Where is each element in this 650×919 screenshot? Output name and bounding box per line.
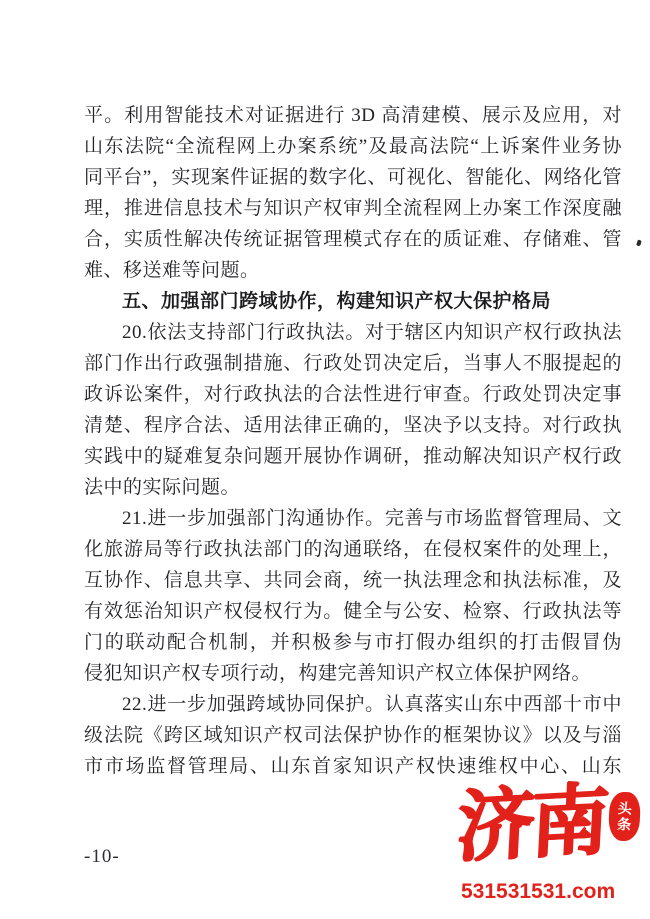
text-line: 化旅游局等行政执法部门的沟通联络，在侵权案件的处理上，相 (84, 534, 622, 565)
text-line: 同平台”，实现案件证据的数字化、可视化、智能化、网络化管 (84, 162, 622, 193)
text-line: 侵犯知识产权专项行动，构建完善知识产权立体保护网络。 (84, 658, 622, 689)
text-line: 合，实质性解决传统证据管理模式存在的质证难、存储难、管理 (84, 224, 622, 255)
text-line: 清楚、程序合法、适用法律正确的，坚决予以支持。对行政执法 (84, 410, 622, 441)
logo-seal-stamp-icon: 头条 (608, 791, 642, 842)
paragraph: 平。利用智能技术对证据进行 3D 高清建模、展示及应用，对接山东法院“全流程网上… (84, 100, 622, 286)
text-line: 门的联动配合机制，并积极参与市打假办组织的打击假冒伪劣、 (84, 627, 622, 658)
text-line: 互协作、信息共享、共同会商，统一执法理念和执法标准，及时 (84, 565, 622, 596)
paragraph: 22.进一步加强跨域协同保护。认真落实山东中西部十市中级法院《跨区域知识产权司法… (84, 689, 622, 782)
text-line: 五、加强部门跨域协作，构建知识产权大保护格局 (84, 286, 622, 317)
text-line: 级法院《跨区域知识产权司法保护协作的框架协议》以及与淄博 (84, 720, 622, 751)
paragraph: 20.依法支持部门行政执法。对于辖区内知识产权行政执法部门作出行政强制措施、行政… (84, 317, 622, 503)
text-line: 理，推进信息技术与知识产权审判全流程网上办案工作深度融 (84, 193, 622, 224)
text-line: 平。利用智能技术对证据进行 3D 高清建模、展示及应用，对接 (84, 100, 622, 131)
text-line: 20.依法支持部门行政执法。对于辖区内知识产权行政执法 (84, 317, 622, 348)
text-line: 21.进一步加强部门沟通协作。完善与市场监督管理局、文 (84, 503, 622, 534)
logo-website-url: 531531531.com (461, 880, 601, 904)
text-line: 山东法院“全流程网上办案系统”及最高法院“上诉案件业务协 (84, 131, 622, 162)
logo-calligraphy-art: 济南 头条 (455, 780, 650, 880)
page-number: -10- (84, 846, 120, 868)
logo-brand-text: 济南 (454, 770, 607, 878)
text-line: 政诉讼案件，对行政执法的合法性进行审查。行政处罚决定事实 (84, 379, 622, 410)
scan-artifact-speck (636, 240, 642, 247)
logo-seal-text: 头条 (617, 800, 633, 833)
document-body: 平。利用智能技术对证据进行 3D 高清建模、展示及应用，对接山东法院“全流程网上… (84, 100, 622, 782)
paragraph: 21.进一步加强部门沟通协作。完善与市场监督管理局、文化旅游局等行政执法部门的沟… (84, 503, 622, 689)
text-line: 实践中的疑难复杂问题开展协作调研，推动解决知识产权行政执 (84, 441, 622, 472)
text-line: 难、移送难等问题。 (84, 255, 622, 286)
scanned-document-page: 平。利用智能技术对证据进行 3D 高清建模、展示及应用，对接山东法院“全流程网上… (0, 0, 650, 919)
section-heading: 五、加强部门跨域协作，构建知识产权大保护格局 (84, 286, 622, 317)
text-line: 22.进一步加强跨域协同保护。认真落实山东中西部十市中 (84, 689, 622, 720)
text-line: 部门作出行政强制措施、行政处罚决定后，当事人不服提起的行 (84, 348, 622, 379)
text-line: 法中的实际问题。 (84, 472, 622, 503)
text-line: 有效惩治知识产权侵权行为。健全与公安、检察、行政执法等部 (84, 596, 622, 627)
jinan-toutiao-watermark-logo: 济南 头条 531531531.com (455, 780, 650, 912)
